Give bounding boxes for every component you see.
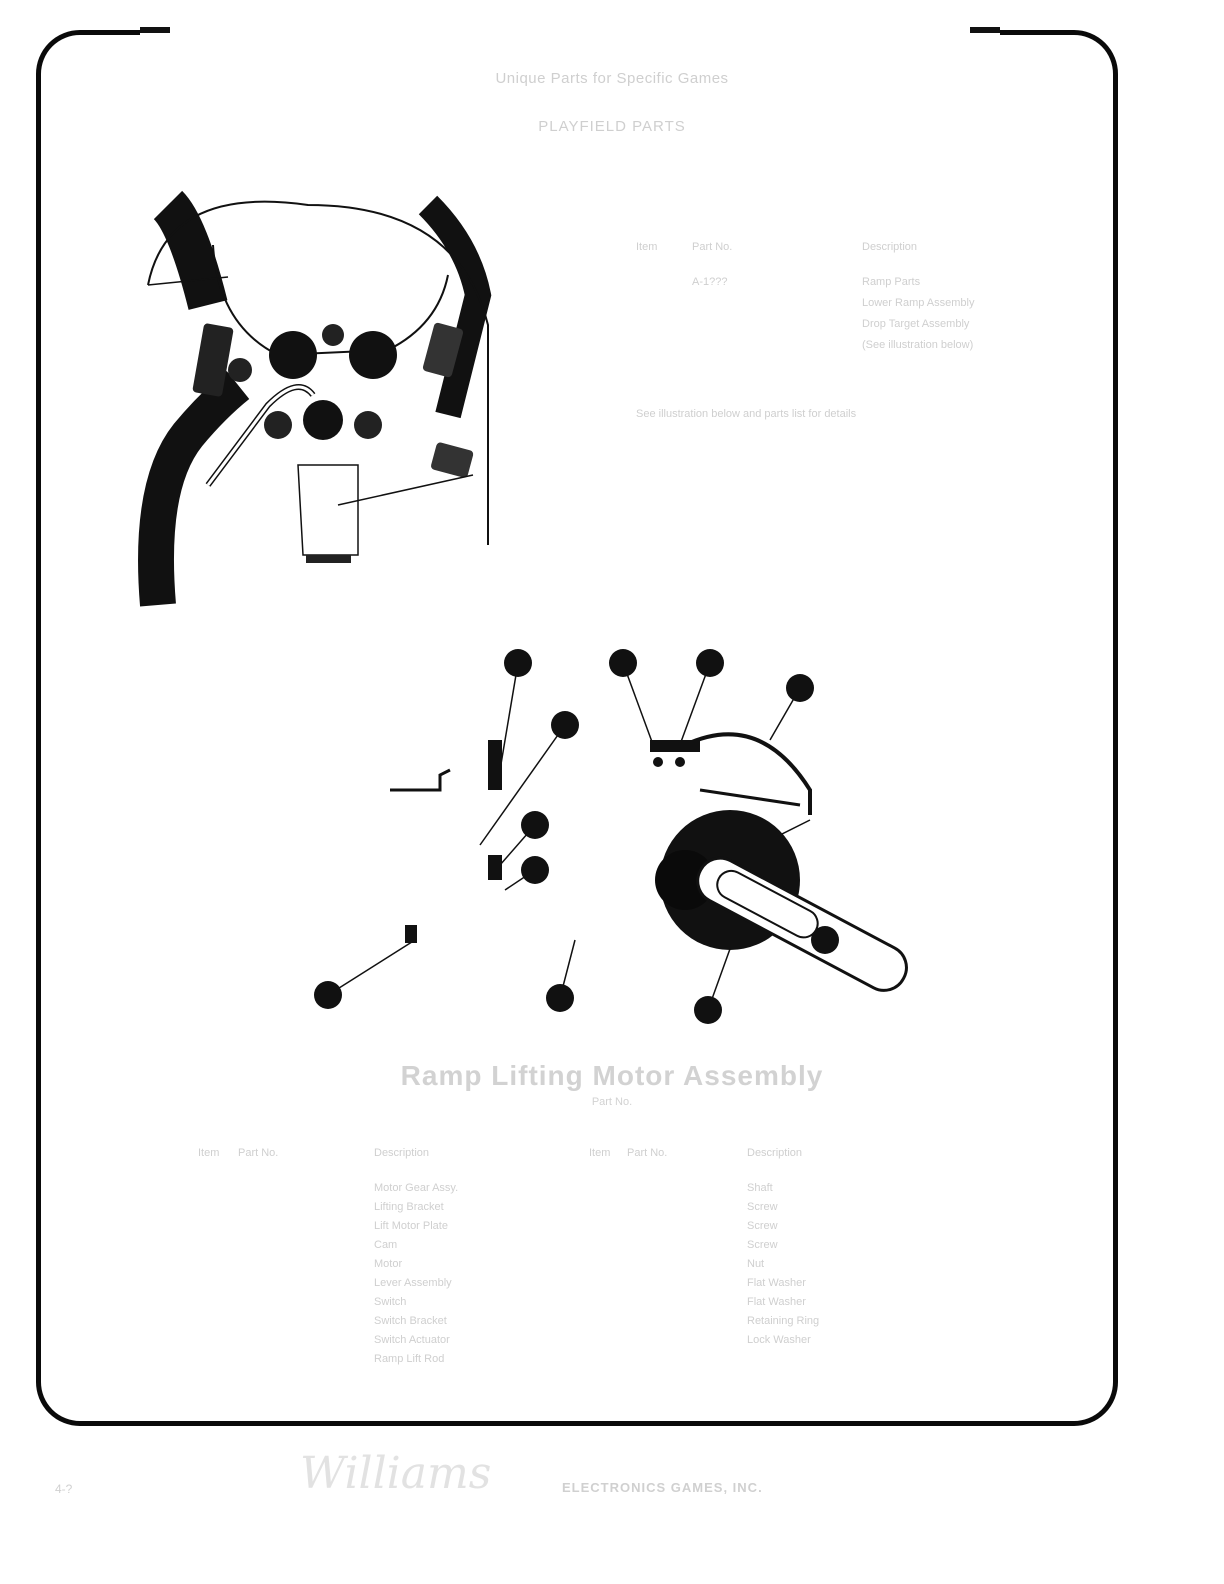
- table-row: MotorNut: [198, 1254, 997, 1273]
- table-row: Switch BracketRetaining Ring: [198, 1311, 997, 1330]
- playfield-diagram: [128, 185, 508, 635]
- top-strip: [140, 22, 1000, 38]
- strip-bar-right: [970, 27, 1000, 33]
- top-parts-table: Item Part No. Description A-1???Ramp Par…: [636, 236, 1082, 355]
- table-row: (See illustration below): [636, 334, 1082, 355]
- parts-table: Item Part No. Description Item Part No. …: [198, 1143, 997, 1368]
- williams-logo: Williams: [300, 1448, 491, 1499]
- table-row: Lower Ramp Assembly: [636, 292, 1082, 313]
- table-row: Lift Motor PlateScrew: [198, 1216, 997, 1235]
- table-row: SwitchFlat Washer: [198, 1292, 997, 1311]
- table-header: Item Part No. Description Item Part No. …: [198, 1143, 997, 1162]
- page-subtitle: PLAYFIELD PARTS: [0, 118, 1224, 135]
- page-title: Unique Parts for Specific Games: [0, 70, 1224, 87]
- table-row: CamScrew: [198, 1235, 997, 1254]
- assembly-title: Ramp Lifting Motor Assembly: [0, 1060, 1224, 1092]
- note-text: See illustration below and parts list fo…: [636, 408, 856, 420]
- table-row: Motor Gear Assy.Shaft: [198, 1178, 997, 1197]
- table-row: Lifting BracketScrew: [198, 1197, 997, 1216]
- table-row: Lever AssemblyFlat Washer: [198, 1273, 997, 1292]
- table-row: A-1???Ramp Parts: [636, 271, 1082, 292]
- strip-bar-left: [140, 27, 170, 33]
- table-row: Switch ActuatorLock Washer: [198, 1330, 997, 1349]
- assembly-diagram: [290, 640, 950, 1040]
- page-number: 4-?: [55, 1482, 72, 1496]
- company-name: ELECTRONICS GAMES, INC.: [562, 1480, 763, 1495]
- table-row: Ramp Lift Rod: [198, 1349, 997, 1368]
- parts-table-body: Motor Gear Assy.ShaftLifting BracketScre…: [198, 1178, 997, 1368]
- table-row: Drop Target Assembly: [636, 313, 1082, 334]
- assembly-subtitle: Part No.: [0, 1096, 1224, 1108]
- table-header: Item Part No. Description: [636, 236, 1082, 257]
